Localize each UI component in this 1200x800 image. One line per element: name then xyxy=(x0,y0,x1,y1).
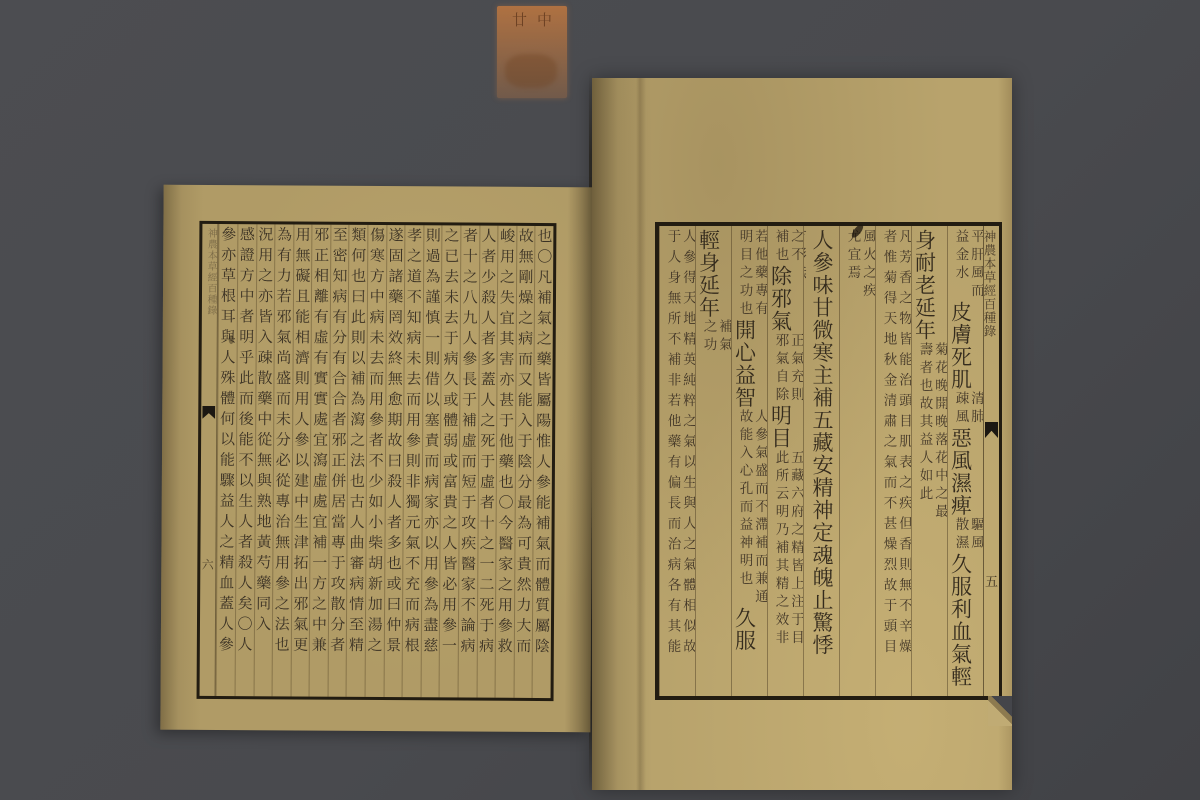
text-column: 凡芳香之物皆能治頭目肌表之疾但香則無不辛燥者惟菊得天地秋金清肅之氣而不甚燥烈故于… xyxy=(875,226,911,696)
commentary-note-segment: 凡芳香之物皆能治頭目肌表之疾但香則無不辛燥者惟菊得天地秋金清肅之氣而不甚燥烈故于… xyxy=(880,229,911,660)
commentary-note-segment: 補氣之功 xyxy=(700,319,731,355)
right-page-columns: 平肝風而益金水皮膚死肌清肺疎風惡風濕痺驅風散濕久服利血氣輕身耐老延年菊花晚開晚落… xyxy=(659,226,983,696)
main-text-segment: 輕身延年 xyxy=(697,229,721,319)
commentary-note-segment: 人參氣盛而不滯補而兼通故能入心孔而益神明也 xyxy=(736,409,767,607)
text-column: 身耐老延年菊花晚開晚落花中之最壽者也故其益人如此 xyxy=(911,226,947,696)
main-text-segment: 明目 xyxy=(769,405,793,450)
book-title-right: 神農本草經百種錄 xyxy=(984,230,999,338)
page-number-right: 五 xyxy=(984,571,999,590)
main-text-segment: 除邪氣 xyxy=(769,265,793,333)
commentary-note-segment: 清肺疎風 xyxy=(952,391,983,427)
text-column: 輕身延年補氣之功 xyxy=(695,226,731,696)
ink-smudge xyxy=(229,335,234,344)
main-text-segment: 久服利血氣輕 xyxy=(949,553,973,688)
commentary-note-segment: 之不補也 xyxy=(772,229,803,265)
text-column: 平肝風而益金水皮膚死肌清肺疎風惡風濕痺驅風散濕久服利血氣輕 xyxy=(947,226,983,696)
right-page: 平肝風而益金水皮膚死肌清肺疎風惡風濕痺驅風散濕久服利血氣輕身耐老延年菊花晚開晚落… xyxy=(592,78,1012,790)
book-title-left: 神農本草經百種錄 xyxy=(202,228,218,316)
text-column: 風火之疾尤宜焉 xyxy=(839,226,875,696)
commentary-note-segment: 風火之疾尤宜焉 xyxy=(844,229,875,301)
commentary-note-segment: 五藏六府之精皆上注于目此所云明乃補其精之效非 xyxy=(772,450,803,648)
main-text-segment: 惡風濕痺 xyxy=(949,427,973,517)
left-page-columns: 也〇凡補氣之藥皆屬陽惟人參能補氣而體質屬陰故無剛燥之病而又能入于陰分最為可貴然力… xyxy=(216,224,554,698)
text-column: 人參得天地精英純粹之氣以生與人之氣體相似故于人身無所不補非若他藥有偏長而治病各有… xyxy=(659,226,695,696)
label-faded-text-smudge xyxy=(505,54,557,88)
right-text-frame: 平肝風而益金水皮膚死肌清肺疎風惡風濕痺驅風散濕久服利血氣輕身耐老延年菊花晚開晚落… xyxy=(655,222,1002,700)
left-spine-fold-strip: 神農本草經百種錄 六 xyxy=(200,224,219,696)
commentary-note-segment: 有形無形無一 xyxy=(803,229,805,283)
main-text-segment: 身耐老延年 xyxy=(913,229,937,342)
commentary-note-segment: 正氣充則邪氣自除 xyxy=(772,333,803,405)
label-character: 中 xyxy=(534,12,555,31)
folded-corner xyxy=(988,696,1012,726)
commentary-note-segment: 驅風散濕 xyxy=(952,517,983,553)
text-column: 人參味甘微寒主補五藏安精神定魂魄止驚悸有形無形無一 xyxy=(803,226,839,696)
book-photo: 神農本草經百種錄 六 也〇凡補氣之藥皆屬陽惟人參能補氣而體質屬陰故無剛燥之病而又… xyxy=(0,0,1200,800)
text-column: 之不補也除邪氣正氣充則邪氣自除明目五藏六府之精皆上注于目此所云明乃補其精之效非 xyxy=(767,226,803,696)
left-page: 神農本草經百種錄 六 也〇凡補氣之藥皆屬陽惟人參能補氣而體質屬陰故無剛燥之病而又… xyxy=(160,185,593,733)
right-spine-fold-strip: 神農本草經百種錄 五 xyxy=(983,226,999,696)
fishtail-mark-icon xyxy=(985,422,998,438)
main-text-segment: 人參味甘微寒主補五藏安精神定魂魄止驚悸 xyxy=(810,229,834,657)
library-label-sticker: 中 廿 xyxy=(497,6,567,98)
page-number-left: 六 xyxy=(200,556,215,573)
label-character: 廿 xyxy=(509,12,530,31)
left-text-frame: 神農本草經百種錄 六 也〇凡補氣之藥皆屬陽惟人參能補氣而體質屬陰故無剛燥之病而又… xyxy=(197,221,557,701)
commentary-note-segment: 菊花晚開晚落花中之最壽者也故其益人如此 xyxy=(916,342,947,522)
main-text-segment: 開心益智 xyxy=(733,319,757,409)
text-column: 若他藥專有明目之功也開心益智人參氣盛而不滯補而兼通故能入心孔而益神明也久服 xyxy=(731,226,767,696)
main-text-segment: 久服 xyxy=(733,607,757,652)
text-column: 也〇凡補氣之藥皆屬陽惟人參能補氣而體質屬陰 xyxy=(532,226,553,698)
main-text-segment: 皮膚死肌 xyxy=(949,301,973,391)
fishtail-mark-icon xyxy=(202,406,215,419)
commentary-note-segment: 若他藥專有明目之功也 xyxy=(736,229,767,319)
commentary-note-segment: 人參得天地精英純粹之氣以生與人之氣體相似故于人身無所不補非若他藥有偏長而治病各有… xyxy=(664,229,695,660)
